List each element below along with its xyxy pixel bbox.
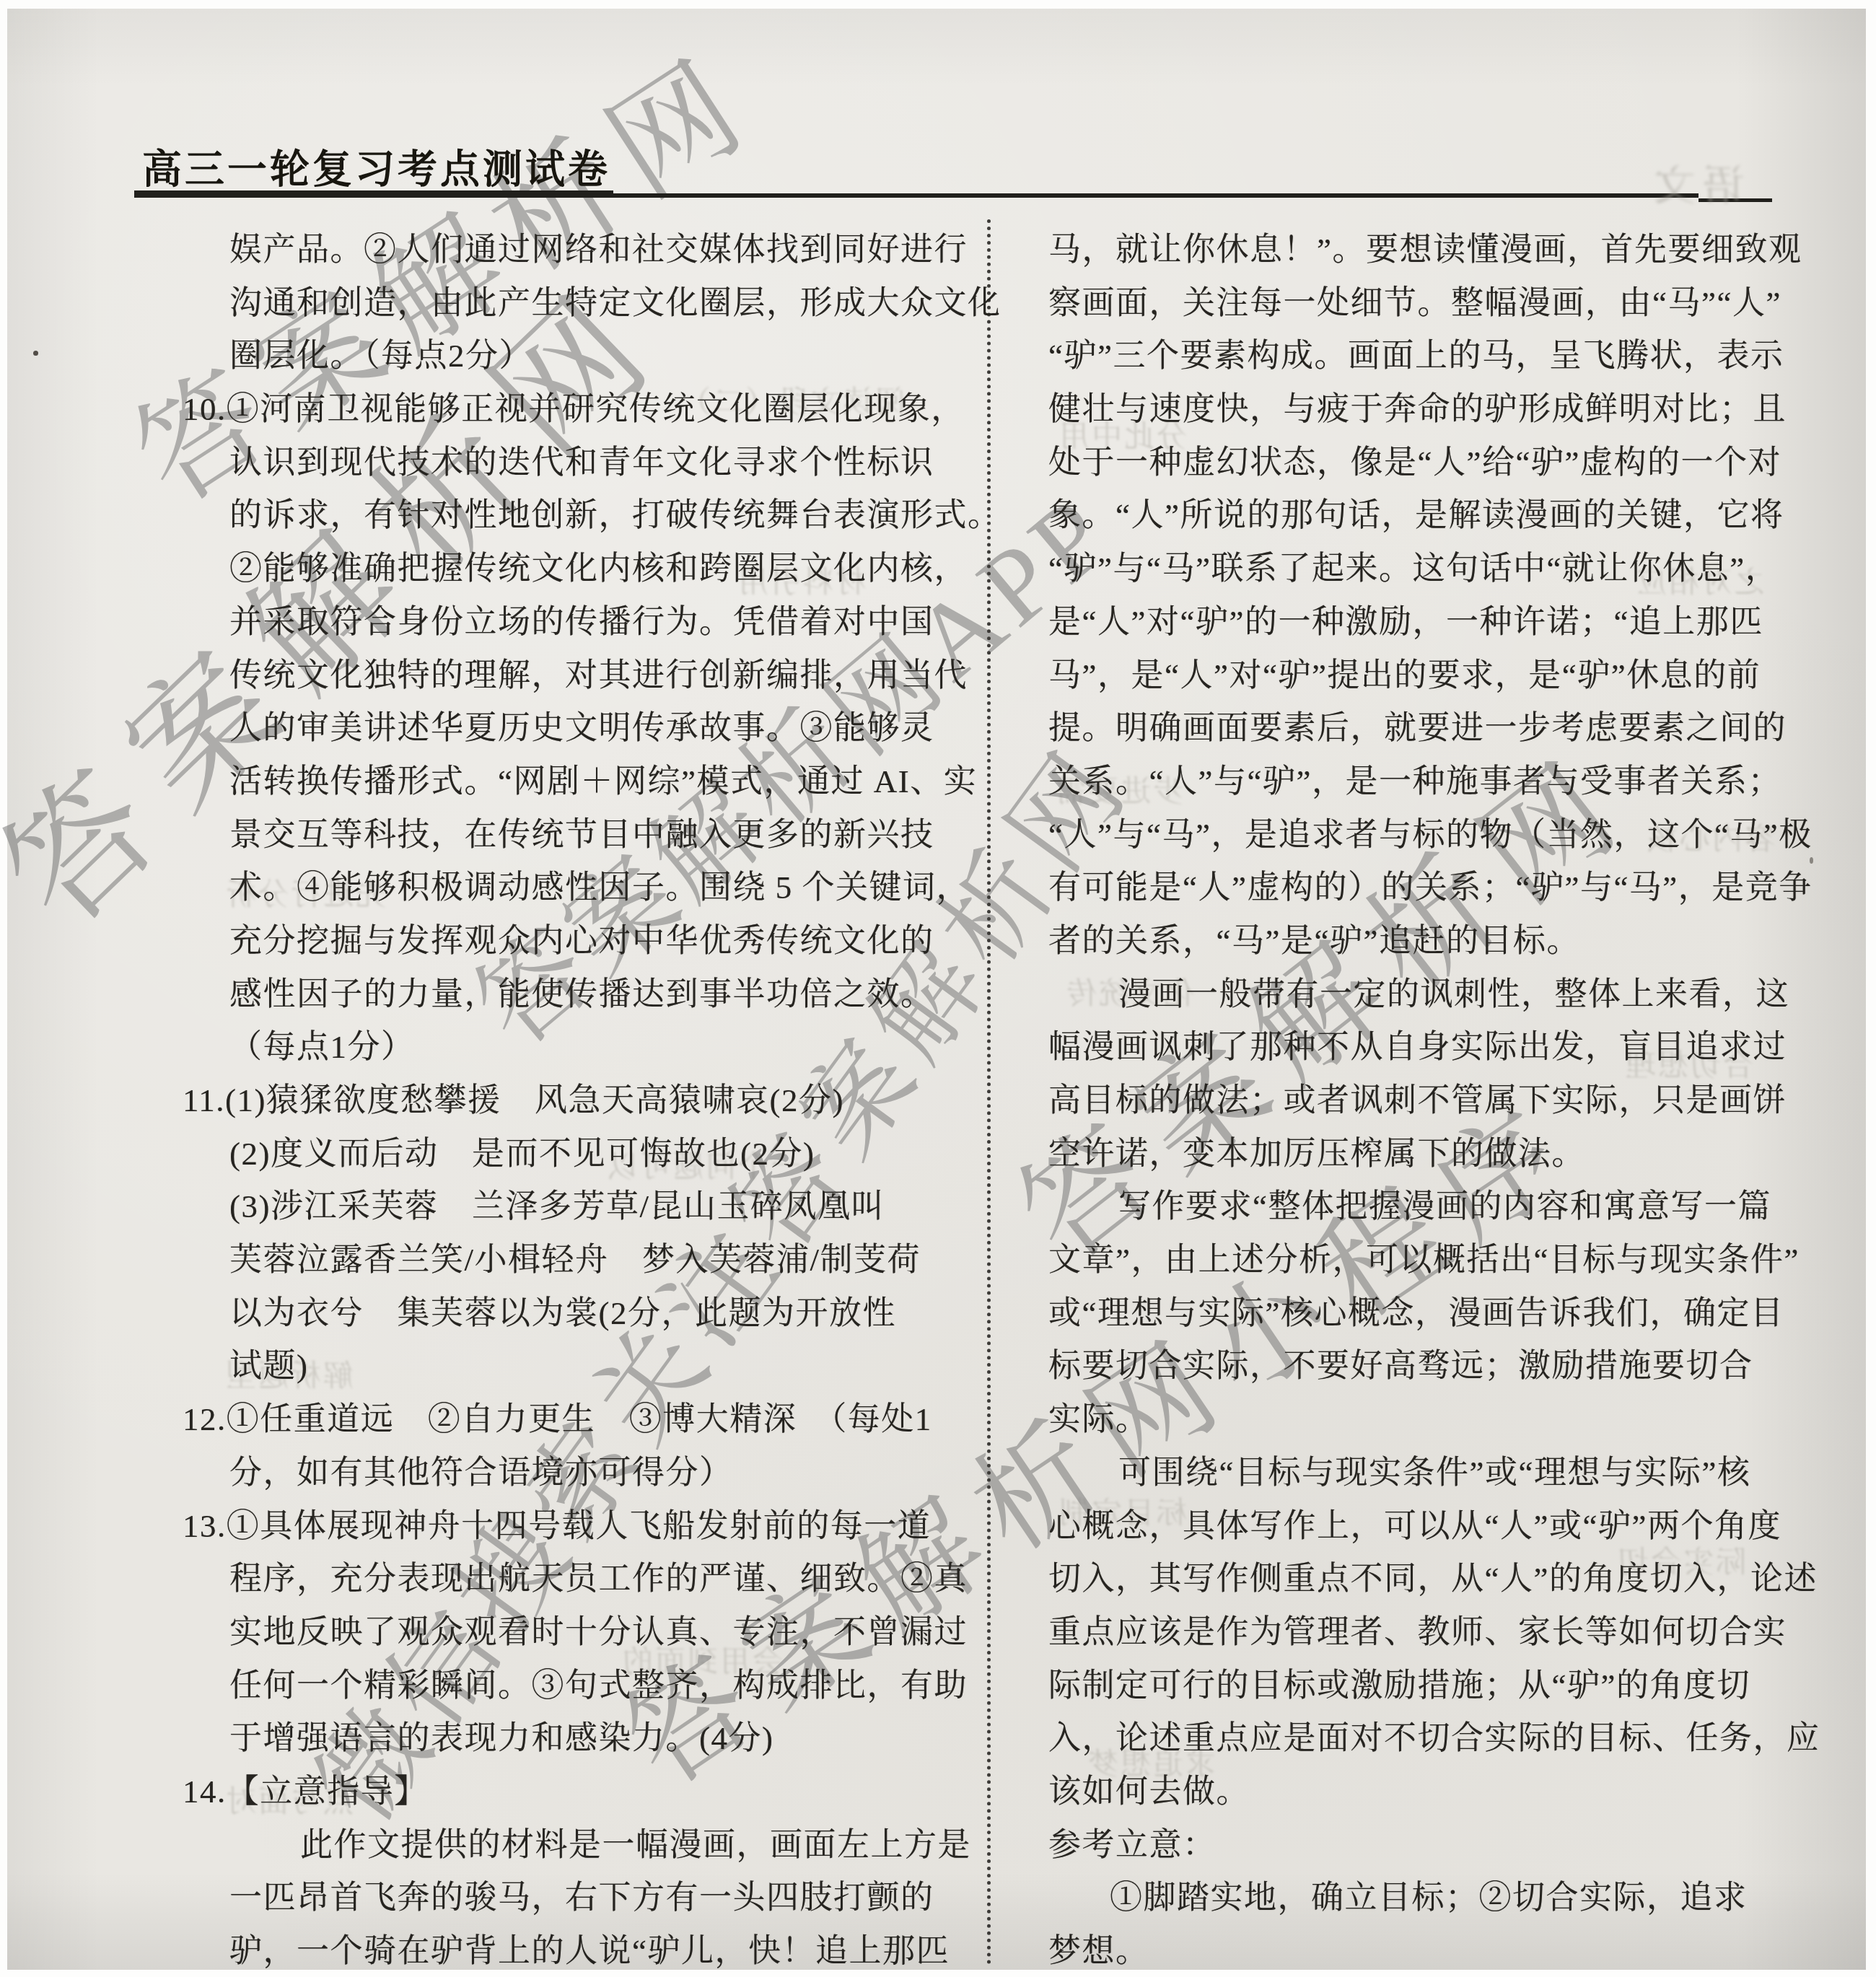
answer-text-line: 重点应该是作为管理者、教师、家长等如何切合实 — [1048, 1606, 1838, 1660]
answer-text-line: 际制定可行的目标或激励措施；从“驴”的角度切 — [1048, 1660, 1838, 1713]
answer-text-line: 圈层化。（每点2分） — [183, 330, 965, 383]
left-column: 娱产品。②人们通过网络和社交媒体找到同好进行沟通和创造，由此产生特定文化圈层，形… — [183, 224, 965, 1977]
answer-text-line: 驴，一个骑在驴背上的人说“驴儿，快！追上那匹 — [183, 1925, 965, 1977]
answer-text-line: 11.(1)猿猱欲度愁攀援 风急天高猿啸哀(2分) — [183, 1074, 965, 1128]
answer-text-line: 高目标的做法；或者讽刺不管属下实际，只是画饼 — [1048, 1074, 1838, 1128]
answer-text-line: 并采取符合身份立场的传播行为。凭借着对中国 — [183, 596, 965, 649]
answer-text-line: “人”与“马”，是追求者与标的物（当然，这个“马”极 — [1048, 809, 1838, 862]
answer-text-line: 芙蓉泣露香兰笑/小楫轻舟 梦入芙蓉浦/制芰荷 — [183, 1234, 965, 1287]
answer-text-line: 该如何去做。 — [1048, 1766, 1838, 1819]
answer-text-line: 人的审美讲述华夏历史文明传承故事。③能够灵 — [183, 702, 965, 755]
column-divider-dotted — [987, 219, 991, 1965]
answer-text-line: 漫画一般带有一定的讽刺性，整体上来看，这 — [1048, 968, 1838, 1022]
answer-text-line: 标要切合实际，不要好高骛远；激励措施要切合 — [1048, 1340, 1838, 1393]
answer-text-line: 文章”，由上述分析，可以概括出“目标与现实条件” — [1048, 1234, 1838, 1287]
header-rule-main — [613, 193, 1699, 198]
answer-text-line: 入，论述重点应是面对不切合实际的目标、任务，应 — [1048, 1712, 1838, 1766]
answer-text-line: 写作要求“整体把握漫画的内容和寓意写一篇 — [1048, 1180, 1838, 1234]
subject-bleedthrough-label: 语文 — [1647, 152, 1745, 212]
answer-text-line: 一匹昂首飞奔的骏马，右下方有一头四肢打颤的 — [183, 1872, 965, 1925]
answer-text-line: 可围绕“目标与现实条件”或“理想与实际”核 — [1048, 1447, 1838, 1500]
answer-text-line: 娱产品。②人们通过网络和社交媒体找到同好进行 — [183, 224, 965, 277]
answer-text-line: ②能够准确把握传统文化内核和跨圈层文化内核， — [183, 543, 965, 596]
answer-text-line: 任何一个精彩瞬间。③句式整齐，构成排比，有助 — [183, 1660, 965, 1713]
scan-speck — [1810, 857, 1813, 864]
answer-text-line: 马，就让你休息！”。要想读懂漫画，首先要细致观 — [1048, 224, 1838, 277]
answer-text-line: 者的关系，“马”是“驴”追赶的目标。 — [1048, 915, 1838, 968]
answer-text-line: 提。明确画面要素后，就要进一步考虑要素之间的 — [1048, 702, 1838, 755]
answer-text-line: （每点1分） — [183, 1021, 965, 1074]
scanned-exam-answer-page: 阅读文段（二）材料引用先进行分析一个问题可以解析题型会用到面的点与面对分此中用之… — [0, 0, 1876, 1977]
answer-text-line: 于增强语言的表现力和感染力。(4分) — [183, 1712, 965, 1766]
answer-text-line: 13.①具体展现神舟十四号载人飞船发射前的每一道 — [183, 1500, 965, 1553]
answer-text-line: 心概念，具体写作上，可以从“人”或“驴”两个角度 — [1048, 1500, 1838, 1553]
answer-text-line: 参考立意： — [1048, 1819, 1838, 1872]
answer-text-line: 分，如有其他符合语境亦可得分） — [183, 1447, 965, 1500]
answer-text-line: 是“人”对“驴”的一种激励，一种许诺；“追上那匹 — [1048, 596, 1838, 649]
answer-text-line: 14.【立意指导】 — [183, 1766, 965, 1819]
answer-text-line: 空许诺，变本加厉压榨属下的做法。 — [1048, 1128, 1838, 1181]
answer-text-line: 12.①任重道远 ②自力更生 ③博大精深 （每处1 — [183, 1393, 965, 1447]
answer-text-line: 认识到现代技术的迭代和青年文化寻求个性标识 — [183, 437, 965, 490]
answer-text-line: 传统文化独特的理解，对其进行创新编排，用当代 — [183, 649, 965, 703]
answer-text-line: 马”，是“人”对“驴”提出的要求，是“驴”休息的前 — [1048, 649, 1838, 703]
answer-text-line: 术。④能够积极调动感性因子。围绕 5 个关键词， — [183, 862, 965, 915]
header-rule-left — [134, 190, 613, 198]
answer-text-line: 关系。“人”与“驴”，是一种施事者与受事者关系； — [1048, 755, 1838, 809]
answer-text-line: “驴”三个要素构成。画面上的马，呈飞腾状，表示 — [1048, 330, 1838, 383]
answer-text-line: 实际。 — [1048, 1393, 1838, 1447]
page-title: 高三一轮复习考点测试卷 — [142, 137, 610, 194]
answer-text-line: 充分挖掘与发挥观众内心对中华优秀传统文化的 — [183, 915, 965, 968]
answer-text-line: (3)涉江采芙蓉 兰泽多芳草/昆山玉碎凤凰叫 — [183, 1180, 965, 1234]
answer-text-line: 或“理想与实际”核心概念，漫画告诉我们，确定目 — [1048, 1287, 1838, 1341]
answer-text-line: 试题) — [183, 1340, 965, 1393]
answer-text-line: (2)度义而后动 是而不见可悔故也(2分) — [183, 1128, 965, 1181]
answer-text-line: 感性因子的力量，能使传播达到事半功倍之效。 — [183, 968, 965, 1022]
answer-text-line: 此作文提供的材料是一幅漫画，画面左上方是 — [183, 1819, 965, 1872]
answer-text-line: 有可能是“人”虚构的）的关系；“驴”与“马”，是竞争 — [1048, 862, 1838, 915]
answer-text-line: 象。“人”所说的那句话，是解读漫画的关键，它将 — [1048, 489, 1838, 543]
answer-text-line: 健壮与速度快，与疲于奔命的驴形成鲜明对比；且 — [1048, 383, 1838, 437]
answer-text-line: 景交互等科技，在传统节目中融入更多的新兴技 — [183, 809, 965, 862]
answer-text-line: 的诉求，有针对性地创新，打破传统舞台表演形式。 — [183, 489, 965, 543]
answer-text-line: “驴”与“马”联系了起来。这句话中“就让你休息”， — [1048, 543, 1838, 596]
answer-text-line: 切入，其写作侧重点不同，从“人”的角度切入，论述 — [1048, 1553, 1838, 1606]
answer-text-line: 梦想。 — [1048, 1925, 1838, 1977]
answer-text-line: 沟通和创造，由此产生特定文化圈层，形成大众文化 — [183, 277, 965, 330]
answer-text-line: 处于一种虚幻状态，像是“人”给“驴”虚构的一个对 — [1048, 437, 1838, 490]
answer-text-line: 以为衣兮 集芙蓉以为裳(2分，此题为开放性 — [183, 1287, 965, 1341]
scan-speck — [33, 351, 38, 356]
answer-text-line: 10.①河南卫视能够正视并研究传统文化圈层化现象， — [183, 383, 965, 437]
answer-text-line: 程序，充分表现出航天员工作的严谨、细致。②真 — [183, 1553, 965, 1606]
right-column: 马，就让你休息！”。要想读懂漫画，首先要细致观察画面，关注每一处细节。整幅漫画，… — [1048, 224, 1838, 1977]
answer-text-line: 察画面，关注每一处细节。整幅漫画，由“马”“人” — [1048, 277, 1838, 330]
answer-text-line: 幅漫画讽刺了那种不从自身实际出发，盲目追求过 — [1048, 1021, 1838, 1074]
answer-text-line: ①脚踏实地，确立目标；②切合实际，追求 — [1048, 1872, 1838, 1925]
paper-background: 阅读文段（二）材料引用先进行分析一个问题可以解析题型会用到面的点与面对分此中用之… — [7, 9, 1866, 1970]
answer-text-line: 活转换传播形式。“网剧＋网综”模式，通过 AI、实 — [183, 755, 965, 809]
answer-text-line: 实地反映了观众观看时十分认真、专注，不曾漏过 — [183, 1606, 965, 1660]
